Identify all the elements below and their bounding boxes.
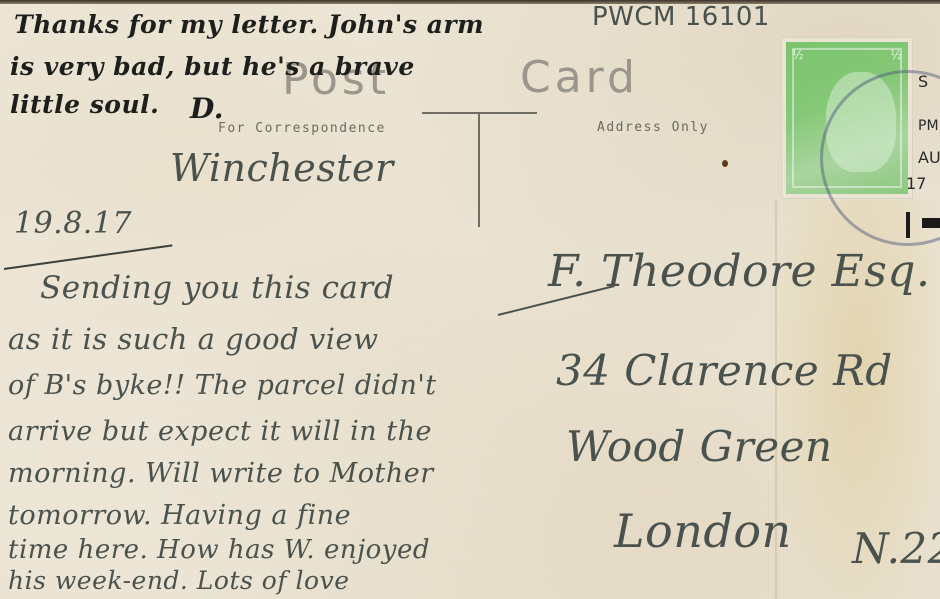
date-underline — [4, 244, 173, 270]
address-line-2: Wood Green — [566, 422, 833, 471]
address-line-1: 34 Clarence Rd — [556, 346, 893, 395]
stamp-value-right: ½ — [890, 48, 902, 62]
archive-reference: PWCM 16101 — [592, 2, 770, 32]
stamp-value-left: ½ — [792, 48, 804, 62]
top-note-line-1: Thanks for my letter. John's arm — [14, 10, 484, 39]
printed-heading-card: Card — [520, 52, 639, 103]
divider-vertical-rule — [478, 112, 480, 227]
message-line-4: arrive but expect it will in the — [8, 416, 432, 447]
address-name: F. Theodore Esq. — [548, 246, 930, 297]
top-note-line-3: little soul. — [10, 90, 159, 119]
label-for-correspondence: For Correspondence — [218, 121, 386, 136]
place-heading: Winchester — [170, 146, 394, 190]
label-address-only: Address Only — [597, 120, 709, 135]
message-date: 19.8.17 — [14, 206, 132, 241]
postmark-fragment-3: AU — [918, 148, 940, 167]
top-note-signature: D. — [190, 92, 224, 125]
message-line-8: his week-end. Lots of love — [8, 566, 350, 595]
message-line-7: time here. How has W. enjoyed — [8, 535, 430, 565]
postcard-back: PWCM 16101 Post Card For Correspondence … — [0, 0, 940, 599]
postmark-fragment-4: 17 — [906, 174, 926, 193]
message-line-2: as it is such a good view — [8, 322, 379, 356]
ink-spot — [722, 160, 728, 167]
postmark-bar-2 — [922, 218, 940, 228]
postmark-fragment-1: S — [918, 72, 928, 91]
address-city: London — [614, 504, 792, 558]
message-line-6: tomorrow. Having a fine — [8, 500, 351, 531]
message-line-5: morning. Will write to Mother — [8, 458, 434, 489]
postmark-fragment-2: PM — [918, 118, 939, 134]
top-note-line-2: is very bad, but he's a brave — [10, 52, 415, 81]
message-line-1: Sending you this card — [40, 270, 394, 306]
address-postcode: N.22 — [852, 524, 940, 573]
postmark-bar-1 — [906, 212, 910, 238]
card-top-edge — [0, 0, 940, 4]
message-line-3: of B's byke!! The parcel didn't — [8, 370, 437, 401]
